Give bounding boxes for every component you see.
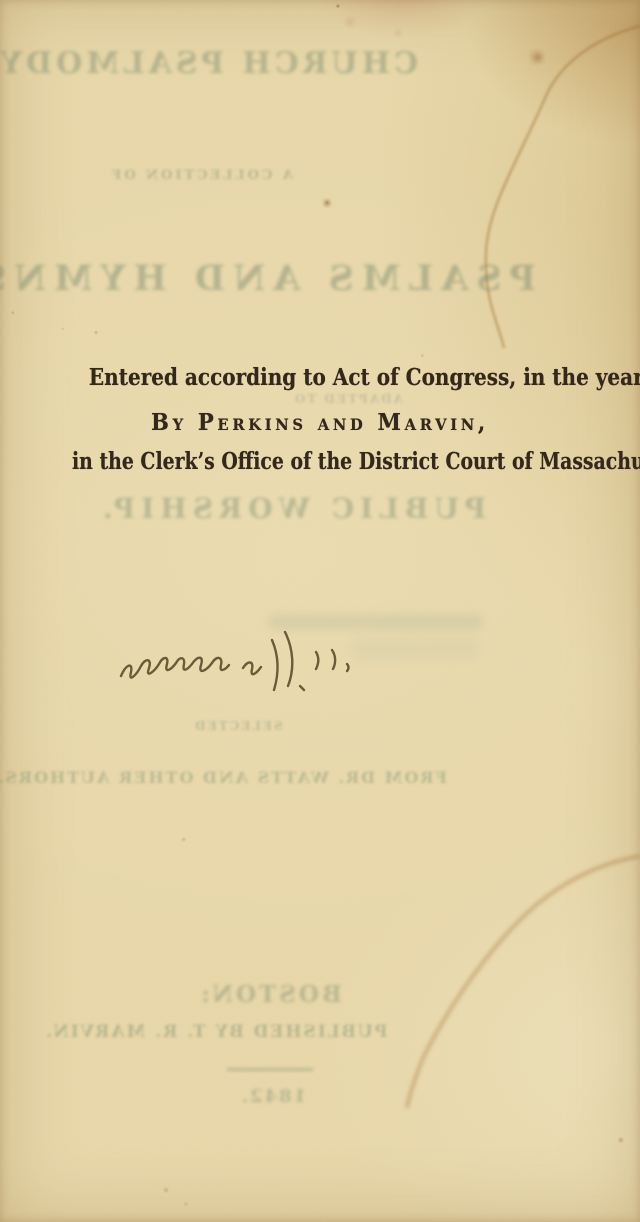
ghost-boston: BOSTON:: [170, 981, 370, 1008]
ghost-psalms-and-hymns: PSALMS AND HYMNS,: [16, 258, 536, 299]
ghost-smudge: [350, 638, 480, 660]
foxing-spot: [530, 50, 544, 64]
ghost-year-1842: 1842.: [173, 1086, 373, 1107]
ghost-public-worship: PUBLIC WORSHIP.: [166, 492, 486, 525]
tide-line-bottom-right: [407, 856, 640, 1108]
foxing-spot: [184, 1202, 187, 1205]
copyright-line-2: By Perkins and Marvin,: [59, 409, 582, 436]
ghost-from-dr-watts: FROM DR. WATTS AND OTHER AUTHORS.: [47, 768, 447, 787]
copyright-line-3: in the Clerk’s Office of the District Co…: [72, 448, 564, 475]
tide-line-top-right: [486, 26, 640, 348]
foxing-spot: [323, 199, 331, 207]
ghost-title-church-psalmody: CHURCH PSALMODY:: [38, 46, 418, 81]
scanned-page: CHURCH PSALMODY: A COLLECTION OF PSALMS …: [0, 0, 640, 1222]
foxing-spot: [164, 1188, 168, 1192]
ghost-a-collection-of: A COLLECTION OF: [101, 168, 301, 183]
ghost-adapted-to: ADAPTED TO: [248, 392, 448, 406]
ghost-divider-rule: [227, 1068, 313, 1071]
copyright-line-1: Entered according to Act of Congress, in…: [89, 364, 583, 391]
ghost-smudge: [268, 614, 483, 630]
ghost-published-by-marvin: PUBLISHED BY T. R. MARVIN.: [16, 1022, 416, 1042]
ghost-selected: SELECTED: [138, 719, 338, 733]
